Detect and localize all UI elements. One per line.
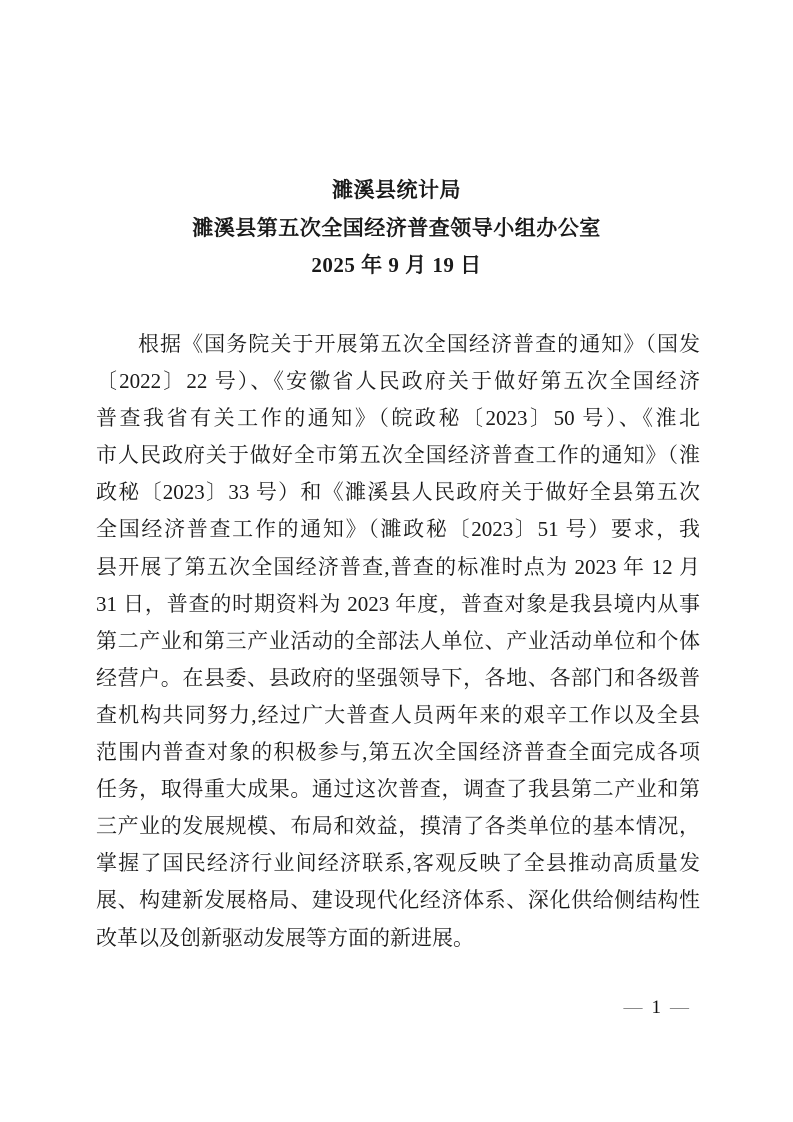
page-number-dash-left: — bbox=[624, 997, 643, 1018]
body-line: 范围内普查对象的积极参与,第五次全国经济普查全面完成各项 bbox=[96, 734, 700, 771]
body-line: 市人民政府关于做好全市第五次全国经济普查工作的通知》（淮 bbox=[96, 437, 700, 474]
body-line: 经营户。在县委、县政府的坚强领导下，各地、各部门和各级普 bbox=[96, 660, 700, 697]
body-line: 掌握了国民经济行业间经济联系,客观反映了全县推动高质量发 bbox=[96, 845, 700, 882]
page-number-dash-right: — bbox=[670, 997, 689, 1018]
body-line: 31 日，普查的时期资料为 2023 年度，普查对象是我县境内从事 bbox=[96, 586, 700, 623]
page-number: —1— bbox=[0, 998, 689, 1018]
document-header: 濉溪县统计局 濉溪县第五次全国经济普查领导小组办公室 2025 年 9 月 19… bbox=[0, 172, 793, 285]
body-paragraph: 根据《国务院关于开展第五次全国经济普查的通知》（国发 〔2022〕22 号）、《… bbox=[96, 326, 700, 957]
body-line: 根据《国务院关于开展第五次全国经济普查的通知》（国发 bbox=[96, 326, 700, 363]
document-date: 2025 年 9 月 19 日 bbox=[0, 247, 793, 285]
body-line: 县开展了第五次全国经济普查,普查的标准时点为 2023 年 12 月 bbox=[96, 549, 700, 586]
body-line: 政秘〔2023〕33 号）和《濉溪县人民政府关于做好全县第五次 bbox=[96, 474, 700, 511]
body-line: 全国经济普查工作的通知》（濉政秘〔2023〕51 号）要求，我 bbox=[96, 511, 700, 548]
office-name: 濉溪县第五次全国经济普查领导小组办公室 bbox=[0, 210, 793, 248]
body-line: 第二产业和第三产业活动的全部法人单位、产业活动单位和个体 bbox=[96, 623, 700, 660]
body-line: 〔2022〕22 号）、《安徽省人民政府关于做好第五次全国经济 bbox=[96, 363, 700, 400]
page-number-value: 1 bbox=[652, 997, 662, 1018]
body-line: 任务，取得重大成果。通过这次普查，调查了我县第二产业和第 bbox=[96, 771, 700, 808]
body-line: 展、构建新发展格局、建设现代化经济体系、深化供给侧结构性 bbox=[96, 882, 700, 919]
document-page: 濉溪县统计局 濉溪县第五次全国经济普查领导小组办公室 2025 年 9 月 19… bbox=[0, 0, 793, 1122]
body-line: 普查我省有关工作的通知》（皖政秘〔2023〕50 号）、《淮北 bbox=[96, 400, 700, 437]
body-line: 查机构共同努力,经过广大普查人员两年来的艰辛工作以及全县 bbox=[96, 697, 700, 734]
body-line: 三产业的发展规模、布局和效益，摸清了各类单位的基本情况， bbox=[96, 808, 700, 845]
body-line: 改革以及创新驱动发展等方面的新进展。 bbox=[96, 920, 700, 957]
issuer-name: 濉溪县统计局 bbox=[0, 172, 793, 210]
